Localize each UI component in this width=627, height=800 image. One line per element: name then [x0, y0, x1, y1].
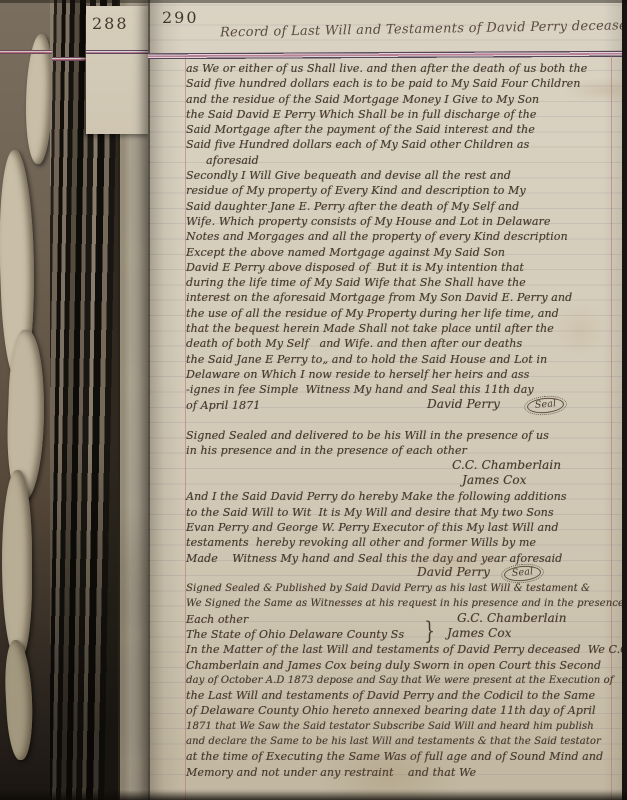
seal-stamp: Seal [526, 396, 564, 414]
manuscript-line: Wife. Which property consists of My Hous… [186, 214, 618, 229]
manuscript-line: Said daughter Jane E. Perry after the de… [186, 199, 618, 214]
manuscript-line: Secondly I Will Give bequeath and devise… [186, 168, 618, 183]
manuscript-line: to the Said Will to Wit It is My Will an… [186, 505, 618, 520]
manuscript-line: Said Mortgage after the payment of the S… [186, 122, 618, 137]
manuscript-line: the Last Will and testaments of David Pe… [186, 688, 618, 703]
line-text: of Delaware County Ohio hereto annexed b… [186, 704, 596, 717]
line-text: during the life time of My Said Wife tha… [186, 276, 526, 289]
manuscript-line: Delaware on Which I now reside to hersel… [186, 367, 618, 382]
line-text: as We or either of us Shall live. and th… [186, 62, 587, 75]
manuscript-line: James Cox [186, 474, 618, 489]
manuscript-line: Signed Sealed & Published by Said David … [186, 581, 618, 596]
line-text: in his presence and in the presence of e… [186, 444, 467, 457]
previous-page-corner: 288 [86, 6, 152, 134]
line-text: Secondly I Will Give bequeath and devise… [186, 169, 511, 182]
manuscript-line: the use of all the residue of My Propert… [186, 306, 618, 321]
line-text: In the Matter of the last Will and testa… [186, 643, 627, 656]
manuscript-line: And I the Said David Perry do hereby Mak… [186, 489, 618, 504]
manuscript-line: in his presence and in the presence of e… [186, 443, 618, 458]
ledger-rule-segment [0, 50, 52, 54]
line-text: aforesaid [206, 154, 259, 167]
manuscript-line: C.C. Chamberlain [186, 459, 618, 474]
line-text: Memory and not under any restraint and t… [186, 766, 476, 779]
line-text: Made Witness My hand and Seal this the d… [186, 552, 562, 565]
line-text: the Last Will and testaments of David Pe… [186, 689, 595, 702]
manuscript-line: during the life time of My Said Wife tha… [186, 275, 618, 290]
line-text: The State of Ohio Delaware County Ss [186, 628, 404, 641]
line-text: We Signed the Same as Witnesses at his r… [186, 598, 627, 609]
manuscript-line: as We or either of us Shall live. and th… [186, 61, 618, 76]
line-text: at the time of Executing the Same Was of… [186, 750, 603, 763]
manuscript-line: interest on the aforesaid Mortgage from … [186, 290, 618, 305]
signature: G.C. Chamberlain [457, 611, 566, 626]
line-text: Wife. Which property consists of My Hous… [186, 215, 550, 228]
line-text: David E Perry above disposed of But it i… [186, 261, 524, 274]
line-text: Said daughter Jane E. Perry after the de… [186, 200, 519, 213]
line-text: the Said Jane E Perry to„ and to hold th… [186, 353, 547, 366]
manuscript-line: and the residue of the Said Mortgage Mon… [186, 92, 618, 107]
manuscript-line: We Signed the Same as Witnesses at his r… [186, 596, 618, 611]
line-text: residue of My property of Every Kind and… [186, 184, 526, 197]
line-text: that the bequest herein Made Shall not t… [186, 322, 554, 335]
line-text: the use of all the residue of My Propert… [186, 307, 559, 320]
manuscript-line [186, 413, 618, 428]
manuscript-line: at the time of Executing the Same Was of… [186, 749, 618, 764]
line-text: of April 1871 [186, 399, 260, 412]
manuscript-line: death of both My Self and Wife. and then… [186, 336, 618, 351]
manuscript-line: Notes and Morgages and all the property … [186, 229, 618, 244]
line-text: Each other [186, 613, 248, 626]
manuscript-line: testaments hereby revoking all other and… [186, 535, 618, 550]
manuscript-line: and declare the Same to be his last Will… [186, 734, 618, 749]
line-text: Notes and Morgages and all the property … [186, 230, 568, 243]
manuscript-line: Said five hundred dollars each is to be … [186, 76, 618, 91]
page-number-290: 290 [162, 8, 199, 27]
brace-flourish: } [424, 624, 435, 639]
book-gutter [0, 0, 54, 800]
manuscript-line: aforesaid [186, 153, 618, 168]
photo-bottom-shadow [0, 790, 627, 800]
signature: David Perry [417, 565, 490, 580]
manuscript-line: of April 1871David PerrySeal [186, 398, 618, 413]
line-text: day of October A.D 1873 depose and Say t… [186, 675, 613, 686]
line-text: interest on the aforesaid Mortgage from … [186, 291, 572, 304]
seal-stamp: Seal [503, 564, 541, 582]
manuscript-line: Signed Sealed and delivered to be his Wi… [186, 428, 618, 443]
manuscript-line: of Delaware County Ohio hereto annexed b… [186, 703, 618, 718]
handwritten-body: as We or either of us Shall live. and th… [186, 61, 618, 780]
line-text: Evan Perry and George W. Perry Executor … [186, 521, 558, 534]
torn-page-scrap [3, 639, 35, 760]
manuscript-line: Except the above named Mortgage against … [186, 245, 618, 260]
line-text: Said five hundred dollars each is to be … [186, 77, 580, 90]
manuscript-line: Each otherG.C. Chamberlain [186, 612, 618, 627]
manuscript-line: day of October A.D 1873 depose and Say t… [186, 673, 618, 688]
record-book-photo: 288 290 Record of Last Will and Testamen… [0, 0, 627, 800]
line-text: Signed Sealed & Published by Said David … [186, 583, 590, 594]
line-text: and the residue of the Said Mortgage Mon… [186, 93, 539, 106]
line-text: Said Mortgage after the payment of the S… [186, 123, 535, 136]
manuscript-line: the Said David E Perry Which Shall be in… [186, 107, 618, 122]
page-number-288: 288 [92, 14, 129, 33]
manuscript-line: Said five Hundred dollars each of My Sai… [186, 137, 618, 152]
manuscript-line: Memory and not under any restraint and t… [186, 765, 618, 780]
line-text: death of both My Self and Wife. and then… [186, 337, 522, 350]
photo-top-shadow [0, 0, 627, 3]
manuscript-line: Made Witness My hand and Seal this the d… [186, 551, 618, 566]
manuscript-line: David E Perry above disposed of But it i… [186, 260, 618, 275]
book-right-edge [622, 0, 627, 800]
line-text: the Said David E Perry Which Shall be in… [186, 108, 536, 121]
manuscript-line: that the bequest herein Made Shall not t… [186, 321, 618, 336]
signature: David Perry [427, 397, 500, 412]
line-text: And I the Said David Perry do hereby Mak… [186, 490, 567, 503]
line-text: Chamberlain and James Cox being duly Swo… [186, 659, 601, 672]
line-text: Signed Sealed and delivered to be his Wi… [186, 429, 549, 442]
line-text: testaments hereby revoking all other and… [186, 536, 536, 549]
header-double-rule [148, 51, 627, 61]
manuscript-line: the Said Jane E Perry to„ and to hold th… [186, 352, 618, 367]
line-text: and declare the Same to be his last Will… [186, 736, 601, 747]
line-text: to the Said Will to Wit It is My Will an… [186, 506, 554, 519]
signature: James Cox [447, 626, 512, 641]
manuscript-line: In the Matter of the last Will and testa… [186, 642, 618, 657]
line-text: -ignes in fee Simple Witness My hand and… [186, 383, 534, 396]
signature: James Cox [462, 473, 527, 488]
manuscript-line: residue of My property of Every Kind and… [186, 183, 618, 198]
line-text: 1871 that We Saw the Said testator Subsc… [186, 721, 594, 732]
record-page-290: 290 Record of Last Will and Testaments o… [148, 0, 627, 800]
manuscript-line: Chamberlain and James Cox being duly Swo… [186, 658, 618, 673]
ledger-rule-segment [86, 50, 152, 54]
signature: C.C. Chamberlain [452, 458, 561, 473]
line-text: Delaware on Which I now reside to hersel… [186, 368, 529, 381]
line-text: Said five Hundred dollars each of My Sai… [186, 138, 529, 151]
torn-page-scrap [2, 470, 32, 660]
manuscript-line: 1871 that We Saw the Said testator Subsc… [186, 719, 618, 734]
line-text: Except the above named Mortgage against … [186, 246, 505, 259]
manuscript-line: Evan Perry and George W. Perry Executor … [186, 520, 618, 535]
record-title: Record of Last Will and Testaments of Da… [220, 19, 610, 41]
manuscript-line: The State of Ohio Delaware County Ss}Jam… [186, 627, 618, 642]
manuscript-line: David PerrySeal [186, 566, 618, 581]
